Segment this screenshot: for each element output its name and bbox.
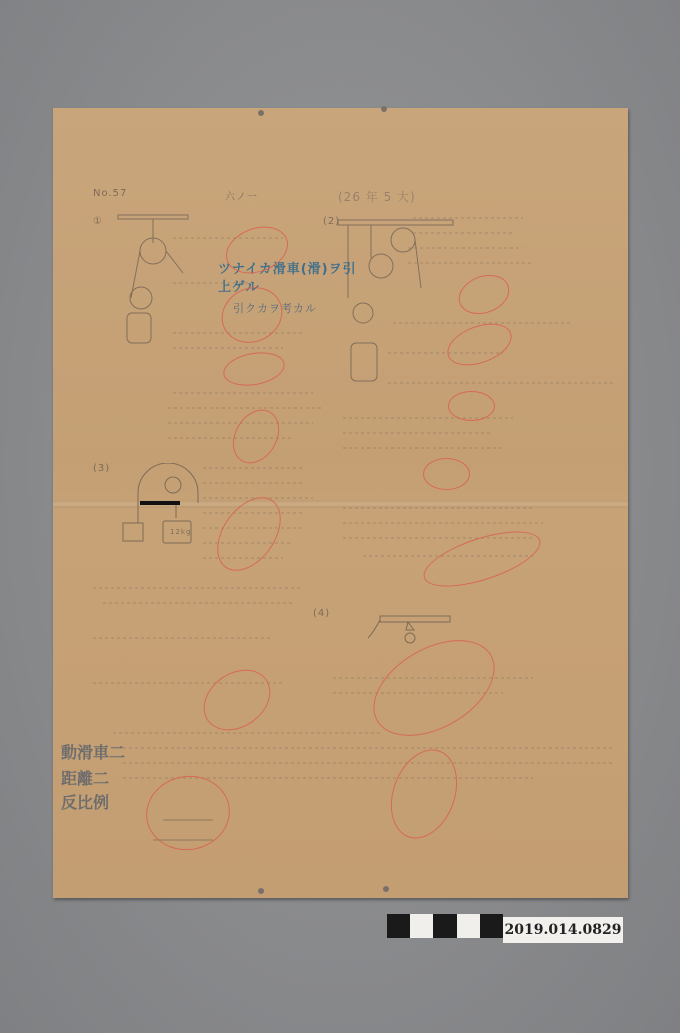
photo-scale-bar [387, 914, 503, 938]
worksheet-paper: No.57 六ノ一 (26 年 5 大) ① (2) (3) (4) [53, 108, 628, 898]
red-circle-mark [423, 458, 470, 490]
accession-number-label: 2019.014.0829 [503, 917, 623, 943]
red-circle-mark [448, 391, 495, 421]
handwriting-lines [53, 108, 628, 898]
